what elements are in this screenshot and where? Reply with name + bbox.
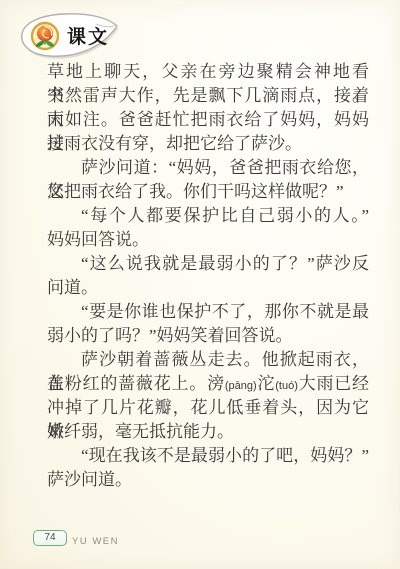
- text-line: “这么说我就是最弱小的了？”萨沙反: [47, 252, 369, 276]
- text-line: 嫩纤弱，毫无抵抗能力。: [47, 420, 369, 444]
- flower-emblem-icon: [32, 23, 58, 49]
- text-line: “每个人都要保护比自己弱小的人。”: [47, 204, 369, 228]
- text-line: 萨沙问道：“妈妈，爸爸把雨衣给您，您: [47, 156, 369, 180]
- text-line: 问道。: [47, 276, 369, 300]
- pinyin-annotation: (tuó): [275, 380, 298, 392]
- text-line: 又把雨衣给了我。你们干吗这样做呢？”: [47, 180, 369, 204]
- text-line: 萨沙问道。: [47, 468, 369, 492]
- text-line: 过雨衣没有穿，却把它给了萨沙。: [47, 132, 369, 156]
- text-line: 雨如注。爸爸赶忙把雨衣给了妈妈，妈妈接: [47, 108, 369, 132]
- text-line: “现在我该不是最弱小的了吧，妈妈？”: [47, 444, 369, 468]
- text-line: 在粉红的蔷薇花上。滂(pāng)沱(tuó)大雨已经: [47, 372, 369, 396]
- pinyin-annotation: (pāng): [225, 380, 257, 392]
- text-line: 萨沙朝着蔷薇丛走去。他掀起雨衣，盖: [47, 348, 369, 372]
- lesson-section-badge: 课文: [20, 12, 122, 60]
- page-number-badge: 74: [33, 530, 67, 546]
- page-footer: 74YU WEN: [33, 529, 119, 547]
- textbook-page: 课文 草地上聊天，父亲在旁边聚精会神地看书。突然雷声大作，先是飘下几滴雨点，接着…: [0, 0, 400, 569]
- text-line: 弱小的了吗？”妈妈笑着回答说。: [47, 324, 369, 348]
- text-line: 冲掉了几片花瓣，花儿低垂着头，因为它娇: [47, 396, 369, 420]
- text-line: 妈妈回答说。: [47, 228, 369, 252]
- text-line: “要是你谁也保护不了，那你不就是最: [47, 300, 369, 324]
- text-body: 草地上聊天，父亲在旁边聚精会神地看书。突然雷声大作，先是飘下几滴雨点，接着大雨如…: [47, 60, 369, 492]
- lesson-section-label: 课文: [67, 22, 109, 49]
- text-line: 突然雷声大作，先是飘下几滴雨点，接着大: [47, 84, 369, 108]
- text-line: 草地上聊天，父亲在旁边聚精会神地看书。: [47, 60, 369, 84]
- subject-label: YU WEN: [72, 530, 119, 547]
